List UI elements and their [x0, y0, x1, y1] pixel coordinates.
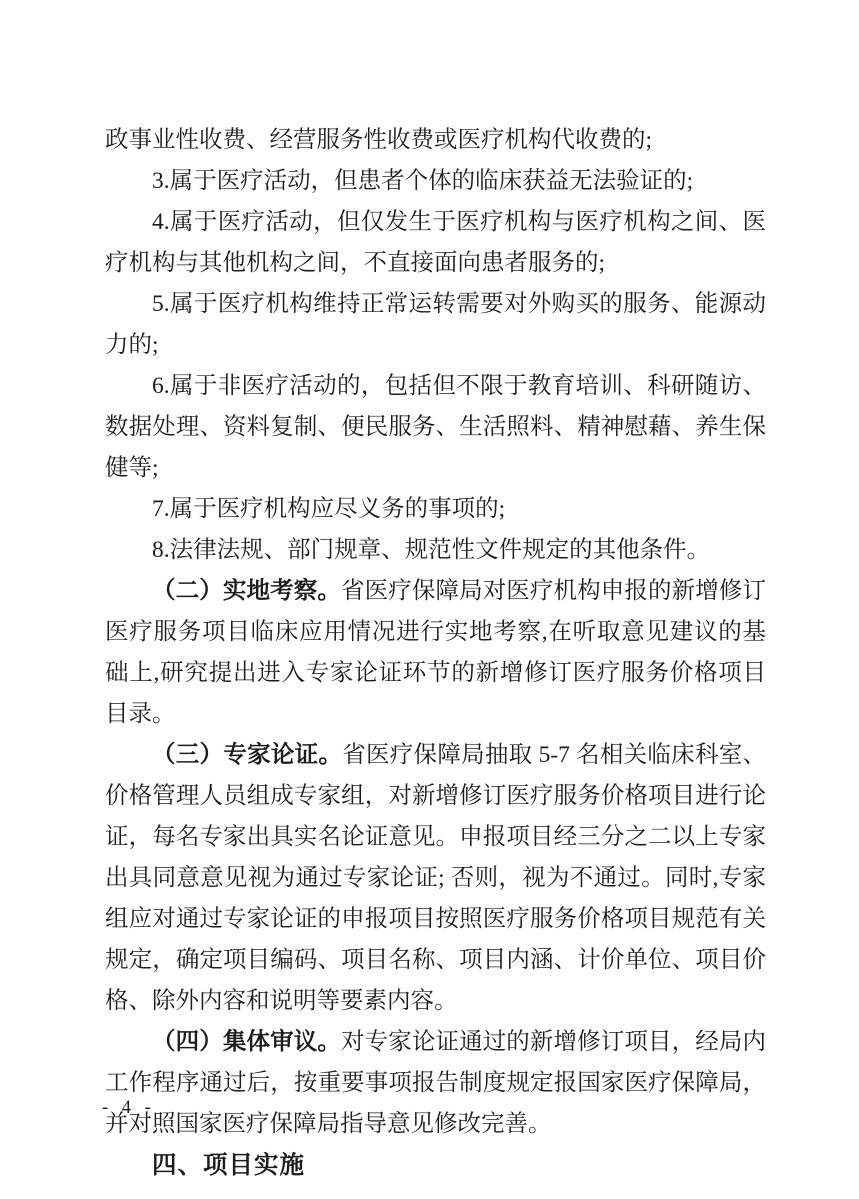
body-paragraph: （三）专家论证。省医疗保障局抽取 5-7 名相关临床科室、价格管理人员组成专家组…: [105, 735, 766, 1022]
body-paragraph: 政事业性收费、经营服务性收费或医疗机构代收费的;: [105, 120, 766, 161]
body-paragraph: 8.法律法规、部门规章、规范性文件规定的其他条件。: [105, 530, 766, 571]
body-paragraph: 5.属于医疗机构维持正常运转需要对外购买的服务、能源动力的;: [105, 284, 766, 366]
text-run: 3.属于医疗活动，但患者个体的临床获益无法验证的;: [152, 168, 693, 194]
section-title-run: （四）集体审议。: [152, 1029, 341, 1055]
document-body: 政事业性收费、经营服务性收费或医疗机构代收费的;3.属于医疗活动，但患者个体的临…: [105, 120, 766, 1186]
text-run: 省医疗保障局抽取 5-7 名相关临床科室、价格管理人员组成专家组，对新增修订医疗…: [105, 742, 766, 1014]
text-run: 6.属于非医疗活动的，包括但不限于教育培训、科研随访、数据处理、资料复制、便民服…: [105, 373, 766, 481]
section-heading: 四、项目实施: [105, 1145, 766, 1186]
document-page: 政事业性收费、经营服务性收费或医疗机构代收费的;3.属于医疗活动，但患者个体的临…: [0, 0, 859, 1199]
page-number: - 4 -: [102, 1096, 151, 1120]
text-run: 政事业性收费、经营服务性收费或医疗机构代收费的;: [105, 127, 652, 153]
section-title-run: （二）实地考察。: [152, 578, 341, 604]
text-run: 4.属于医疗活动，但仅发生于医疗机构与医疗机构之间、医疗机构与其他机构之间，不直…: [105, 209, 766, 276]
body-paragraph: （二）实地考察。省医疗保障局对医疗机构申报的新增修订医疗服务项目临床应用情况进行…: [105, 571, 766, 735]
text-run: 7.属于医疗机构应尽义务的事项的;: [152, 496, 505, 522]
text-run: 5.属于医疗机构维持正常运转需要对外购买的服务、能源动力的;: [105, 291, 766, 358]
body-paragraph: 4.属于医疗活动，但仅发生于医疗机构与医疗机构之间、医疗机构与其他机构之间，不直…: [105, 202, 766, 284]
body-paragraph: 7.属于医疗机构应尽义务的事项的;: [105, 489, 766, 530]
body-paragraph: 3.属于医疗活动，但患者个体的临床获益无法验证的;: [105, 161, 766, 202]
body-paragraph: （四）集体审议。对专家论证通过的新增修订项目，经局内工作程序通过后，按重要事项报…: [105, 1022, 766, 1145]
section-title-run: 四、项目实施: [152, 1152, 305, 1179]
section-title-run: （三）专家论证。: [152, 742, 342, 768]
text-run: 8.法律法规、部门规章、规范性文件规定的其他条件。: [152, 537, 710, 563]
body-paragraph: 6.属于非医疗活动的，包括但不限于教育培训、科研随访、数据处理、资料复制、便民服…: [105, 366, 766, 489]
